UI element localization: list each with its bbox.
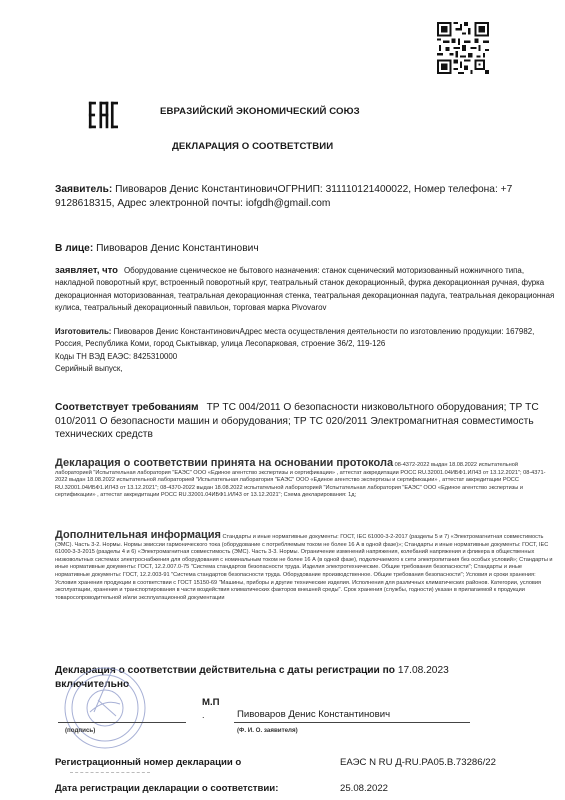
manufacturer-block: Изготовитель: Пивоваров Денис Константин… [55, 326, 555, 376]
applicant-label: Заявитель: [55, 184, 112, 195]
seal-place-label: М.П [202, 697, 220, 708]
applicant-text: Пивоваров Денис КонстантиновичОГРНИП: 31… [55, 184, 512, 209]
additional-info-block: Дополнительная информация Стандарты и ин… [55, 532, 555, 602]
signature-line [58, 722, 186, 723]
person-text: Пивоваров Денис Константинович [93, 243, 258, 254]
registration-number-value: ЕАЭС N RU Д-RU.PA05.B.73286/22 [340, 757, 496, 768]
validity-date: 17.08.2023 [395, 665, 449, 676]
manufacturer-text: Пивоваров Денис КонстантиновичАдрес мест… [55, 327, 534, 348]
qr-code-icon [437, 20, 489, 76]
declares-block: заявляет, чтоОборудование сценическое не… [55, 265, 555, 315]
document-title: ДЕКЛАРАЦИЯ О СООТВЕТСТВИИ [172, 141, 333, 152]
signature-label: (подпись) [65, 727, 95, 734]
additional-info-text: Стандарты и иные нормативные документы: … [55, 534, 553, 601]
applicant-block: Заявитель: Пивоваров Денис Константинови… [55, 183, 555, 210]
person-block: В лице: Пивоваров Денис Константинович [55, 242, 555, 256]
serial-release: Серийный выпуск, [55, 364, 123, 373]
seal-stamp-icon [60, 660, 150, 752]
eac-logo-icon [88, 100, 118, 130]
union-title: ЕВРАЗИЙСКИЙ ЭКОНОМИЧЕСКИЙ СОЮЗ [160, 106, 360, 117]
manufacturer-label: Изготовитель: [55, 327, 111, 336]
applicant-name: Пивоваров Денис Константинович [237, 709, 390, 720]
declares-text: Оборудование сценическое не бытового наз… [55, 266, 554, 312]
protocol-block: Декларация о соответствии принята на осн… [55, 460, 555, 500]
name-label: (Ф. И. О. заявителя) [237, 727, 298, 734]
protocol-label: Декларация о соответствии принята на осн… [55, 457, 393, 469]
registration-number-label: Регистрационный номер декларации о [55, 757, 241, 768]
person-label: В лице: [55, 243, 93, 254]
cut-off-text [70, 772, 150, 777]
conforms-block: Соответствует требованиямТР ТС 004/2011 … [55, 401, 555, 442]
registration-date-label: Дата регистрации декларации о соответств… [55, 783, 278, 794]
name-line [234, 722, 470, 723]
seal-dot: . [202, 710, 205, 720]
additional-info-label: Дополнительная информация [55, 529, 221, 541]
conforms-label: Соответствует требованиям [55, 402, 199, 413]
declares-label: заявляет, что [55, 265, 118, 276]
tn-ved-codes: Коды ТН ВЭД ЕАЭС: 8425310000 [55, 352, 177, 361]
registration-date-value: 25.08.2022 [340, 783, 388, 794]
